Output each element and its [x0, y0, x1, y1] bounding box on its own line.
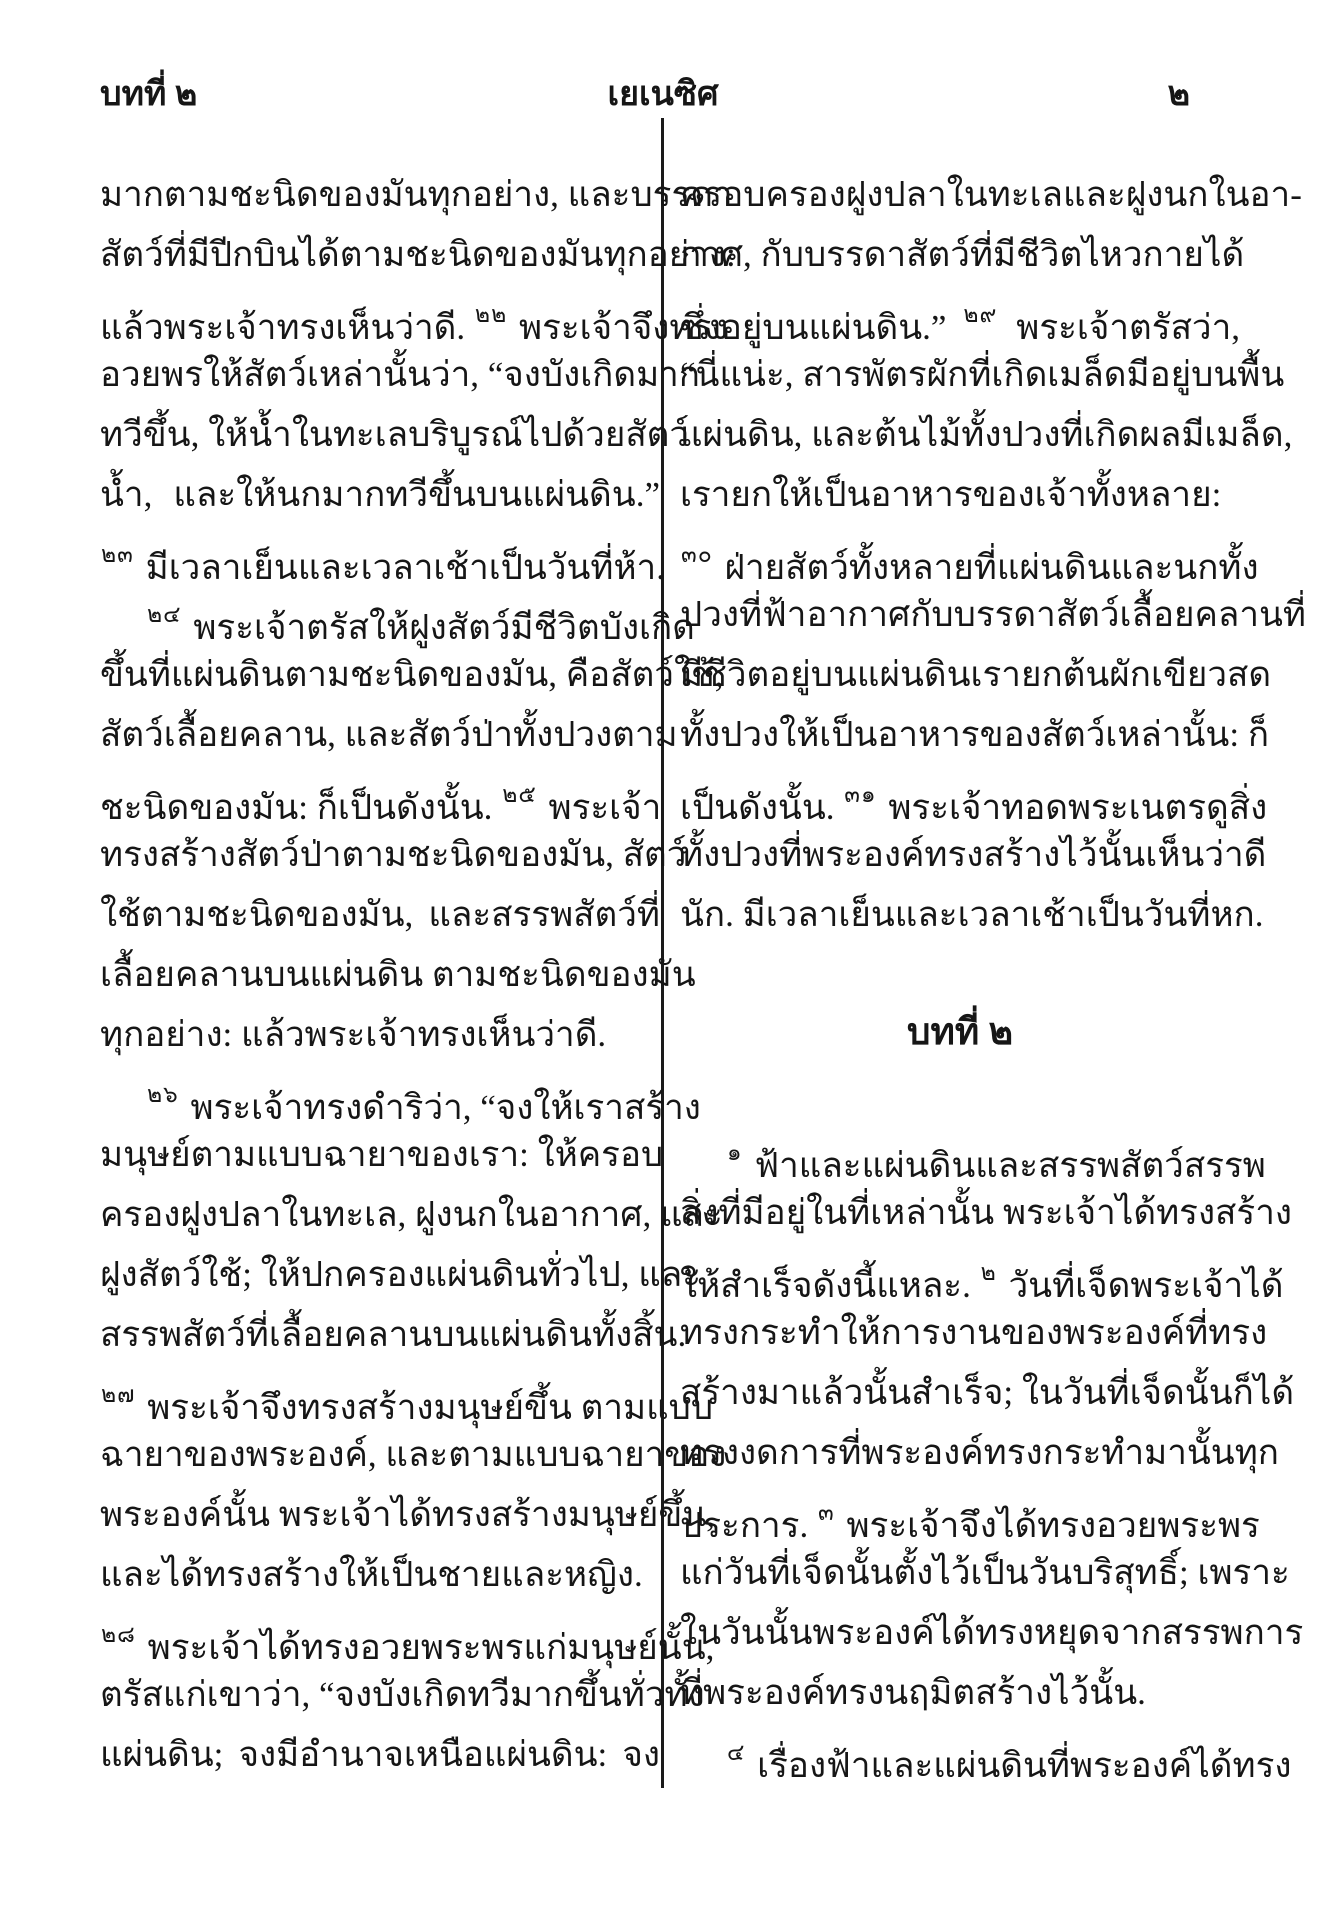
text-line: ทรงกระทำให้การงานของพระองค์ที่ทรง	[680, 1303, 1240, 1363]
text-run: สัตว์ที่มีปีกบินได้ตามชะนิดของมันทุกอย่า…	[100, 235, 736, 274]
verse-number: ๒๒	[474, 302, 510, 327]
text-run: เรายกให้เป็นอาหารของเจ้าทั้งหลาย:	[680, 475, 1221, 514]
text-run: มีเวลาเย็นและเวลาเช้าเป็นวันที่ห้า.	[137, 548, 665, 587]
text-line: กาศ, กับบรรดาสัตว์ที่มีชีวิตไหวกายได้	[680, 225, 1240, 285]
text-run: ทรงกระทำให้การงานของพระองค์ที่ทรง	[680, 1313, 1267, 1352]
text-line: เลื้อยคลานบนแผ่นดิน ตามชะนิดของมัน	[100, 945, 660, 1005]
text-line: ๒๓ มีเวลาเย็นและเวลาเช้าเป็นวันที่ห้า.	[100, 525, 660, 585]
text-run: เป็นดังนั้น.	[680, 788, 843, 827]
text-run: ให้สำเร็จดังนี้แหละ.	[680, 1266, 980, 1305]
text-run: เลื้อยคลานบนแผ่นดิน ตามชะนิดของมัน	[100, 955, 696, 994]
text-line: ใช้ตามชะนิดของมัน, และสรรพสัตว์ที่	[100, 885, 660, 945]
text-line: สรรพสัตว์ที่เลื้อยคลานบนแผ่นดินทั้งสิ้น.	[100, 1305, 660, 1365]
text-run: พระองค์นั้น พระเจ้าได้ทรงสร้างมนุษย์ขึ้น…	[100, 1495, 715, 1534]
text-line: อวยพรให้สัตว์เหล่านั้นว่า, “จงบังเกิดมาก	[100, 345, 660, 405]
text-run: พระเจ้าทรงดำริว่า, “จงให้เราสร้าง	[182, 1088, 701, 1127]
text-line: ครอบครองฝูงปลาในทะเลและฝูงนกในอา-	[680, 165, 1240, 225]
text-run: สรรพสัตว์ที่เลื้อยคลานบนแผ่นดินทั้งสิ้น.	[100, 1315, 686, 1354]
text-line: ฉายาของพระองค์, และตามแบบฉายาของ	[100, 1425, 660, 1485]
verse-number: ๒๘	[100, 1622, 139, 1647]
text-run: พระเจ้าจึงทรงสร้างมนุษย์ขึ้น ตามแบบ	[138, 1388, 713, 1427]
verse-number: ๑	[726, 1140, 746, 1165]
text-run: พระเจ้าได้ทรงอวยพระพรแก่มนุษย์นั้น,	[139, 1628, 714, 1667]
text-run: “นี่แน่ะ, สารพัตรผักที่เกิดเมล็ดมีอยู่บน…	[680, 355, 1284, 394]
text-line: มนุษย์ตามแบบฉายาของเรา: ให้ครอบ	[100, 1125, 660, 1185]
text-run: ฝูงสัตว์ใช้; ให้ปกครองแผ่นดินทั่วไป, และ	[100, 1255, 701, 1294]
text-run: ครอบครองฝูงปลาในทะเลและฝูงนกในอา-	[680, 175, 1302, 214]
text-line: ๓๐ ฝ่ายสัตว์ทั้งหลายที่แผ่นดินและนกทั้ง	[680, 525, 1240, 585]
text-line: ทุกอย่าง: แล้วพระเจ้าทรงเห็นว่าดี.	[100, 1005, 660, 1065]
text-run: ซึ่งอยู่บนแผ่นดิน.”	[680, 308, 962, 347]
verse-number: ๒๓	[100, 542, 137, 567]
text-line: แผ่นดิน; จงมีอำนาจเหนือแผ่นดิน: จง	[100, 1725, 660, 1785]
text-run: เรื่องฟ้าและแผ่นดินที่พระองค์ได้ทรง	[748, 1746, 1291, 1785]
text-line: ๒๖ พระเจ้าทรงดำริว่า, “จงให้เราสร้าง	[100, 1065, 660, 1125]
text-run: มนุษย์ตามแบบฉายาของเรา: ให้ครอบ	[100, 1135, 663, 1174]
verse-number: ๓๐	[680, 542, 716, 567]
text-line: ทรงสร้างสัตว์ป่าตามชะนิดของมัน, สัตว์	[100, 825, 660, 885]
text-run: ทรงสร้างสัตว์ป่าตามชะนิดของมัน, สัตว์	[100, 835, 686, 874]
text-line: สัตว์ที่มีปีกบินได้ตามชะนิดของมันทุกอย่า…	[100, 225, 660, 285]
section-heading: บทที่ ๒	[680, 1003, 1240, 1063]
text-run: ฝ่ายสัตว์ทั้งหลายที่แผ่นดินและนกทั้ง	[716, 548, 1259, 587]
text-run: ประการ.	[680, 1506, 817, 1545]
book-page: บทที่ ๒ เยเนซิศ ๒ มากตามชะนิดของมันทุกอย…	[0, 0, 1326, 1920]
text-run: พระเจ้า	[540, 788, 662, 827]
left-text-column: มากตามชะนิดของมันทุกอย่าง, และบรรดาสัตว์…	[100, 165, 660, 1785]
text-line: พระองค์นั้น พระเจ้าได้ทรงสร้างมนุษย์ขึ้น…	[100, 1485, 660, 1545]
text-run: ใช้ตามชะนิดของมัน, และสรรพสัตว์ที่	[100, 895, 660, 934]
text-run: แผ่นดิน, และต้นไม้ทั้งปวงที่เกิดผลมีเมล็…	[680, 415, 1292, 454]
text-run: ปวงที่ฟ้าอากาศกับบรรดาสัตว์เลื้อยคลานที่	[680, 595, 1306, 634]
verse-number: ๒	[980, 1260, 1000, 1285]
text-run: แผ่นดิน; จงมีอำนาจเหนือแผ่นดิน: จง	[100, 1735, 660, 1774]
text-line: ๑ ฟ้าและแผ่นดินและสรรพสัตว์สรรพ	[680, 1123, 1240, 1183]
chapter-running-head: บทที่ ๒	[100, 66, 197, 120]
text-line: มีชีวิตอยู่บนแผ่นดินเรายกต้นผักเขียวสด	[680, 645, 1240, 705]
text-line: ๒๗ พระเจ้าจึงทรงสร้างมนุษย์ขึ้น ตามแบบ	[100, 1365, 660, 1425]
text-line: ครองฝูงปลาในทะเล, ฝูงนกในอากาศ, และ	[100, 1185, 660, 1245]
text-run: แล้วพระเจ้าทรงเห็นว่าดี.	[100, 308, 474, 347]
text-line: สร้างมาแล้วนั้นสำเร็จ; ในวันที่เจ็ดนั้นก…	[680, 1363, 1240, 1423]
text-line: นัก. มีเวลาเย็นและเวลาเช้าเป็นวันที่หก.	[680, 885, 1240, 945]
text-line: ทั้งปวงที่พระองค์ทรงสร้างไว้นั้นเห็นว่าด…	[680, 825, 1240, 885]
text-line: แล้วพระเจ้าทรงเห็นว่าดี. ๒๒ พระเจ้าจึงทร…	[100, 285, 660, 345]
text-run: แก่วันที่เจ็ดนั้นตั้งไว้เป็นวันบริสุทธิ์…	[680, 1553, 1290, 1592]
text-line: ทรงงดการที่พระองค์ทรงกระทำมานั้นทุก	[680, 1423, 1240, 1483]
text-line: ๒๘ พระเจ้าได้ทรงอวยพระพรแก่มนุษย์นั้น,	[100, 1605, 660, 1665]
text-run: สร้างมาแล้วนั้นสำเร็จ; ในวันที่เจ็ดนั้นก…	[680, 1373, 1294, 1412]
text-run: ที่พระองค์ทรงนฤมิตสร้างไว้นั้น.	[680, 1673, 1146, 1712]
text-line: ปวงที่ฟ้าอากาศกับบรรดาสัตว์เลื้อยคลานที่	[680, 585, 1240, 645]
text-line: ซึ่งอยู่บนแผ่นดิน.” ๒๙ พระเจ้าตรัสว่า,	[680, 285, 1240, 345]
text-run: ทั้งปวงที่พระองค์ทรงสร้างไว้นั้นเห็นว่าด…	[680, 835, 1266, 874]
text-line: น้ำ, และให้นกมากทวีขึ้นบนแผ่นดิน.”	[100, 465, 660, 525]
text-line: ตรัสแก่เขาว่า, “จงบังเกิดทวีมากขึ้นทั่วท…	[100, 1665, 660, 1725]
text-line: ทั้งปวงให้เป็นอาหารของสัตว์เหล่านั้น: ก็	[680, 705, 1240, 765]
text-run: สิ่งที่มีอยู่ในที่เหล่านั้น พระเจ้าได้ทร…	[680, 1193, 1292, 1232]
right-text-column: ครอบครองฝูงปลาในทะเลและฝูงนกในอา-กาศ, กั…	[680, 165, 1240, 1783]
text-run: และได้ทรงสร้างให้เป็นชายและหญิง.	[100, 1555, 643, 1594]
text-run: ครองฝูงปลาในทะเล, ฝูงนกในอากาศ, และ	[100, 1195, 723, 1234]
text-run: ทุกอย่าง: แล้วพระเจ้าทรงเห็นว่าดี.	[100, 1015, 606, 1054]
verse-number: ๒๕	[501, 782, 540, 807]
text-line: ประการ. ๓ พระเจ้าจึงได้ทรงอวยพระพร	[680, 1483, 1240, 1543]
text-run: ชะนิดของมัน: ก็เป็นดังนั้น.	[100, 788, 501, 827]
text-line: ที่พระองค์ทรงนฤมิตสร้างไว้นั้น.	[680, 1663, 1240, 1723]
text-run: ทรงงดการที่พระองค์ทรงกระทำมานั้นทุก	[680, 1433, 1279, 1472]
text-line: แก่วันที่เจ็ดนั้นตั้งไว้เป็นวันบริสุทธิ์…	[680, 1543, 1240, 1603]
text-run: วันที่เจ็ดพระเจ้าได้	[1000, 1266, 1284, 1305]
text-run: ในวันนั้นพระองค์ได้ทรงหยุดจากสรรพการ	[680, 1613, 1303, 1652]
text-run: พระเจ้าตรัสว่า,	[1000, 308, 1240, 347]
text-run: ทวีขึ้น, ให้น้ำในทะเลบริบูรณ์ไปด้วยสัตว์	[100, 415, 689, 454]
text-run: พระเจ้าจึงได้ทรงอวยพระพร	[838, 1506, 1260, 1545]
verse-number: ๒๗	[100, 1382, 138, 1407]
text-line: และได้ทรงสร้างให้เป็นชายและหญิง.	[100, 1545, 660, 1605]
text-line: ทวีขึ้น, ให้น้ำในทะเลบริบูรณ์ไปด้วยสัตว์	[100, 405, 660, 465]
text-run: อวยพรให้สัตว์เหล่านั้นว่า, “จงบังเกิดมาก	[100, 355, 700, 394]
text-line: ๒๔ พระเจ้าตรัสให้ฝูงสัตว์มีชีวิตบังเกิด	[100, 585, 660, 645]
text-line: ๔ เรื่องฟ้าและแผ่นดินที่พระองค์ได้ทรง	[680, 1723, 1240, 1783]
text-line: สิ่งที่มีอยู่ในที่เหล่านั้น พระเจ้าได้ทร…	[680, 1183, 1240, 1243]
text-line: เป็นดังนั้น. ๓๑ พระเจ้าทอดพระเนตรดูสิ่ง	[680, 765, 1240, 825]
text-line: ชะนิดของมัน: ก็เป็นดังนั้น. ๒๕ พระเจ้า	[100, 765, 660, 825]
text-line: มากตามชะนิดของมันทุกอย่าง, และบรรดา	[100, 165, 660, 225]
text-run: ตรัสแก่เขาว่า, “จงบังเกิดทวีมากขึ้นทั่วท…	[100, 1675, 705, 1714]
text-line: ขึ้นที่แผ่นดินตามชะนิดของมัน, คือสัตว์ใช…	[100, 645, 660, 705]
text-run: มีชีวิตอยู่บนแผ่นดินเรายกต้นผักเขียวสด	[680, 655, 1271, 694]
verse-number: ๓๑	[843, 782, 879, 807]
text-line: สัตว์เลื้อยคลาน, และสัตว์ป่าทั้งปวงตาม	[100, 705, 660, 765]
text-run: สัตว์เลื้อยคลาน, และสัตว์ป่าทั้งปวงตาม	[100, 715, 678, 754]
text-run: ฟ้าและแผ่นดินและสรรพสัตว์สรรพ	[746, 1146, 1266, 1185]
text-run: กาศ, กับบรรดาสัตว์ที่มีชีวิตไหวกายได้	[680, 235, 1244, 274]
text-line: ฝูงสัตว์ใช้; ให้ปกครองแผ่นดินทั่วไป, และ	[100, 1245, 660, 1305]
text-line: ในวันนั้นพระองค์ได้ทรงหยุดจากสรรพการ	[680, 1603, 1240, 1663]
text-run: ฉายาของพระองค์, และตามแบบฉายาของ	[100, 1435, 726, 1474]
text-run: น้ำ, และให้นกมากทวีขึ้นบนแผ่นดิน.”	[100, 475, 660, 514]
verse-number: ๒๖	[146, 1082, 182, 1107]
text-columns: มากตามชะนิดของมันทุกอย่าง, และบรรดาสัตว์…	[100, 165, 1240, 1785]
page-number: ๒	[1168, 66, 1190, 120]
text-run: มากตามชะนิดของมันทุกอย่าง, และบรรดา	[100, 175, 733, 214]
book-title: เยเนซิศ	[607, 66, 718, 120]
verse-number: ๔	[726, 1740, 748, 1765]
text-run: ทั้งปวงให้เป็นอาหารของสัตว์เหล่านั้น: ก็	[680, 715, 1269, 754]
text-run: พระเจ้าทอดพระเนตรดูสิ่ง	[880, 788, 1268, 827]
text-line: ให้สำเร็จดังนี้แหละ. ๒ วันที่เจ็ดพระเจ้า…	[680, 1243, 1240, 1303]
verse-number: ๓	[817, 1500, 838, 1525]
text-run: นัก. มีเวลาเย็นและเวลาเช้าเป็นวันที่หก.	[680, 895, 1263, 934]
running-header: บทที่ ๒ เยเนซิศ ๒	[100, 66, 1190, 116]
verse-number: ๒๙	[962, 302, 1000, 327]
text-line: แผ่นดิน, และต้นไม้ทั้งปวงที่เกิดผลมีเมล็…	[680, 405, 1240, 465]
text-run: พระเจ้าตรัสให้ฝูงสัตว์มีชีวิตบังเกิด	[185, 608, 695, 647]
text-line: “นี่แน่ะ, สารพัตรผักที่เกิดเมล็ดมีอยู่บน…	[680, 345, 1240, 405]
text-run: ขึ้นที่แผ่นดินตามชะนิดของมัน, คือสัตว์ใช…	[100, 655, 724, 694]
verse-number: ๒๔	[146, 602, 185, 627]
text-line: เรายกให้เป็นอาหารของเจ้าทั้งหลาย:	[680, 465, 1240, 525]
